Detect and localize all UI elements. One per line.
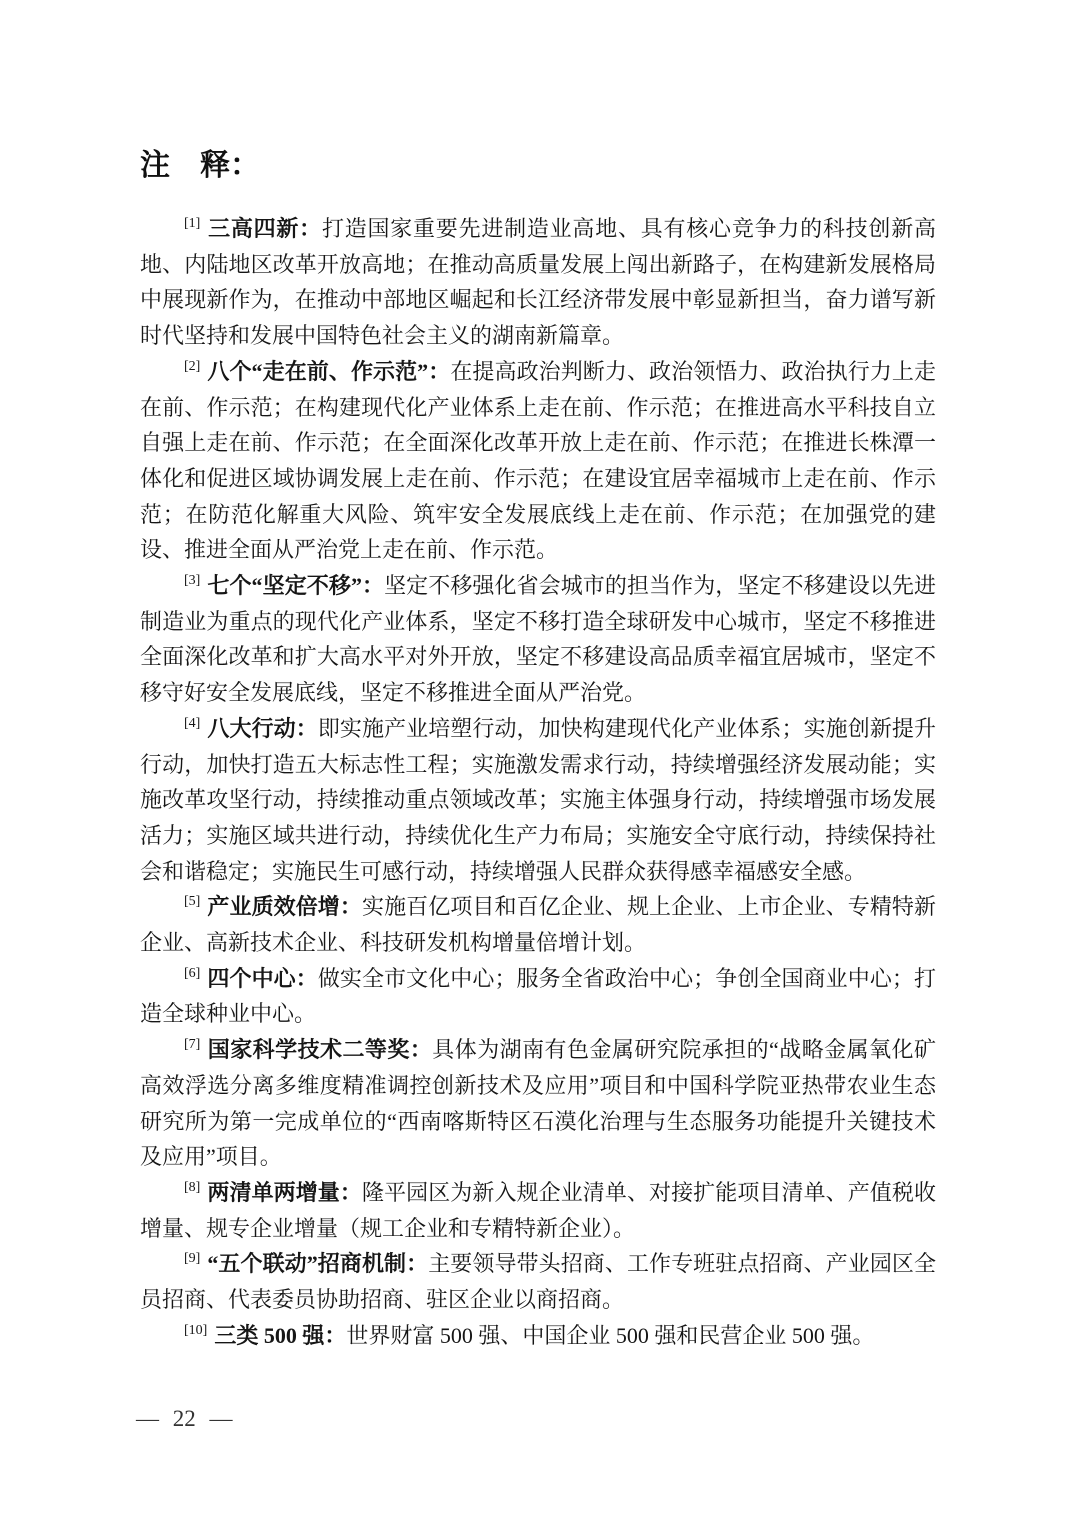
note-ref: [7] (184, 1037, 200, 1052)
page-title: 注 释： (140, 147, 936, 185)
note-ref: [10] (184, 1323, 207, 1338)
notes-list: [1]三高四新：打造国家重要先进制造业高地、具有核心竞争力的科技创新高地、内陆地… (140, 211, 936, 1354)
document-page: 注 释： [1]三高四新：打造国家重要先进制造业高地、具有核心竞争力的科技创新高… (0, 0, 1074, 1520)
note-term: 七个“坚定不移”： (207, 573, 384, 598)
note-paragraph: [7]国家科学技术二等奖：具体为湖南有色金属研究院承担的“战略金属氧化矿高效浮选… (140, 1032, 936, 1175)
note-term: 八大行动： (207, 716, 317, 741)
note-paragraph: [9]“五个联动”招商机制：主要领导带头招商、工作专班驻点招商、产业园区全员招商… (140, 1246, 936, 1317)
note-paragraph: [5]产业质效倍增：实施百亿项目和百亿企业、规上企业、上市企业、专精特新企业、高… (140, 889, 936, 960)
note-term: 四个中心： (207, 966, 317, 991)
note-ref: [2] (184, 359, 200, 374)
note-ref: [6] (184, 966, 200, 981)
note-ref: [1] (184, 216, 200, 231)
note-term: 产业质效倍增： (207, 894, 362, 919)
note-ref: [8] (184, 1180, 200, 1195)
note-paragraph: [6]四个中心：做实全市文化中心；服务全省政治中心；争创全国商业中心；打造全球种… (140, 961, 936, 1032)
note-term: 两清单两增量： (207, 1180, 362, 1205)
note-ref: [4] (184, 716, 200, 731)
note-text: 即实施产业培塑行动，加快构建现代化产业体系；实施创新提升行动，加快打造五大标志性… (140, 716, 936, 884)
note-term: 三类 500 强： (214, 1323, 346, 1348)
note-text: 世界财富 500 强、中国企业 500 强和民营企业 500 强。 (346, 1323, 874, 1348)
note-text: 在提高政治判断力、政治领悟力、政治执行力上走在前、作示范；在构建现代化产业体系上… (140, 359, 936, 563)
note-term: “五个联动”招商机制： (207, 1251, 428, 1276)
note-paragraph: [10]三类 500 强：世界财富 500 强、中国企业 500 强和民营企业 … (140, 1318, 936, 1354)
note-term: 三高四新： (207, 216, 322, 241)
note-paragraph: [8]两清单两增量：隆平园区为新入规企业清单、对接扩能项目清单、产值税收增量、规… (140, 1175, 936, 1246)
note-ref: [5] (184, 894, 200, 909)
note-paragraph: [1]三高四新：打造国家重要先进制造业高地、具有核心竞争力的科技创新高地、内陆地… (140, 211, 936, 354)
note-term: 八个“走在前、作示范”： (207, 359, 450, 384)
document-content: 注 释： [1]三高四新：打造国家重要先进制造业高地、具有核心竞争力的科技创新高… (140, 147, 936, 1354)
note-paragraph: [3]七个“坚定不移”：坚定不移强化省会城市的担当作为，坚定不移建设以先进制造业… (140, 568, 936, 711)
page-footer: — 22 — (136, 1406, 233, 1432)
note-paragraph: [2]八个“走在前、作示范”：在提高政治判断力、政治领悟力、政治执行力上走在前、… (140, 354, 936, 568)
page-number: — 22 — (136, 1406, 233, 1431)
note-paragraph: [4]八大行动：即实施产业培塑行动，加快构建现代化产业体系；实施创新提升行动，加… (140, 711, 936, 890)
note-ref: [9] (184, 1251, 200, 1266)
note-ref: [3] (184, 573, 200, 588)
note-term: 国家科学技术二等奖： (207, 1037, 432, 1062)
